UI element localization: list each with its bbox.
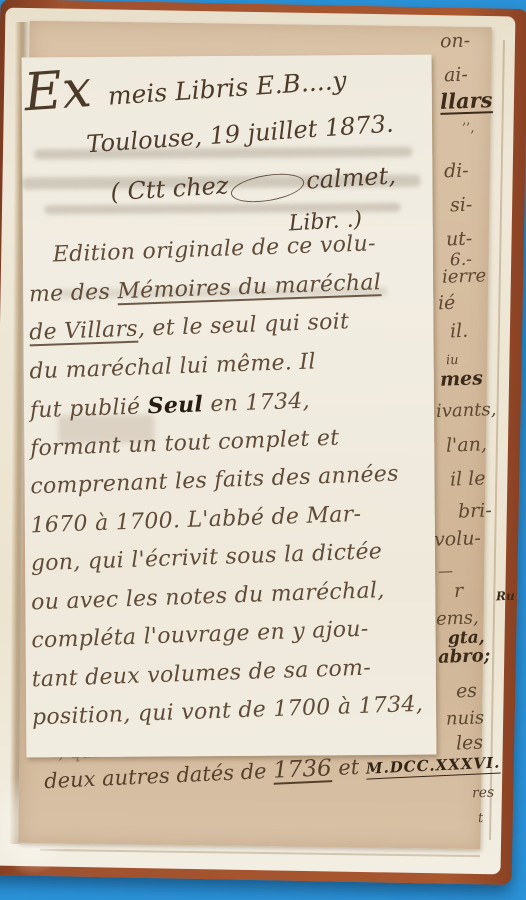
margin-fragment: iu bbox=[446, 354, 459, 367]
margin-fragment: l'an, bbox=[446, 435, 488, 455]
exlibris-chez: ( Ctt chez bbox=[110, 171, 229, 206]
margin-fragment: di- bbox=[444, 162, 469, 182]
margin-fragment: on- bbox=[440, 31, 471, 51]
margin-fragment: ié bbox=[438, 294, 456, 314]
margin-fragment: Ru bbox=[496, 590, 515, 603]
margin-fragment: nuis bbox=[446, 709, 485, 728]
paragraph: Edition originale de ce volu-me des Mémo… bbox=[29, 241, 432, 744]
margin-fragment: abro; bbox=[438, 647, 491, 667]
margin-fragment: mes bbox=[440, 369, 484, 389]
hand-text: en 1734, bbox=[203, 389, 311, 418]
margin-fragment: ut- bbox=[446, 230, 473, 250]
margin-fragment: ’’, bbox=[462, 122, 475, 135]
margin-fragment: llars bbox=[440, 89, 493, 112]
margin-fragment: il. bbox=[450, 322, 469, 342]
bottom-note-year: 1736 bbox=[273, 755, 333, 784]
exlibris-initial: Ex bbox=[22, 59, 93, 123]
bottom-note-et: et bbox=[331, 755, 366, 781]
bottom-note-roman-date: M.DCC.XXXVI. bbox=[366, 754, 501, 778]
margin-fragments: on-ai-llars’’,di-si-ut-6.-ierreiéil.iume… bbox=[432, 24, 522, 854]
exlibris-calmet: calmet, bbox=[305, 161, 396, 194]
margin-fragment: ems, bbox=[436, 609, 479, 628]
hand-text: me des bbox=[29, 279, 118, 307]
exlibris-line: Exmeis Libris E.B....y bbox=[22, 46, 347, 120]
manuscript-sheet: Exmeis Libris E.B....y Toulouse, 19 juil… bbox=[22, 55, 437, 758]
margin-fragment: res bbox=[472, 786, 495, 801]
underlined-phrase: de Villars bbox=[29, 317, 138, 346]
photo-backdrop: { "palette": { "blue": "#2b93d9", "cover… bbox=[0, 0, 526, 900]
pen-flourish-loop bbox=[229, 169, 306, 207]
margin-fragment: ierre bbox=[442, 267, 487, 287]
margin-fragment: bri- bbox=[458, 501, 492, 521]
margin-fragment: ivants, bbox=[436, 401, 497, 421]
margin-fragment: r bbox=[454, 582, 464, 601]
margin-fragment: ai- bbox=[444, 66, 468, 86]
emphasized-word: Seul bbox=[147, 391, 203, 419]
exlibris-rest: meis Libris E.B....y bbox=[107, 66, 347, 111]
margin-fragment: si- bbox=[450, 196, 473, 216]
margin-fragment: t bbox=[478, 812, 484, 825]
margin-fragment: volu- bbox=[434, 529, 482, 550]
margin-fragment: — bbox=[438, 564, 454, 580]
margin-fragment: il le bbox=[450, 469, 486, 489]
hand-text: Edition originale de ce volu- bbox=[52, 231, 376, 267]
hand-text: fut publié bbox=[29, 394, 148, 423]
margin-fragment: es bbox=[456, 682, 478, 702]
